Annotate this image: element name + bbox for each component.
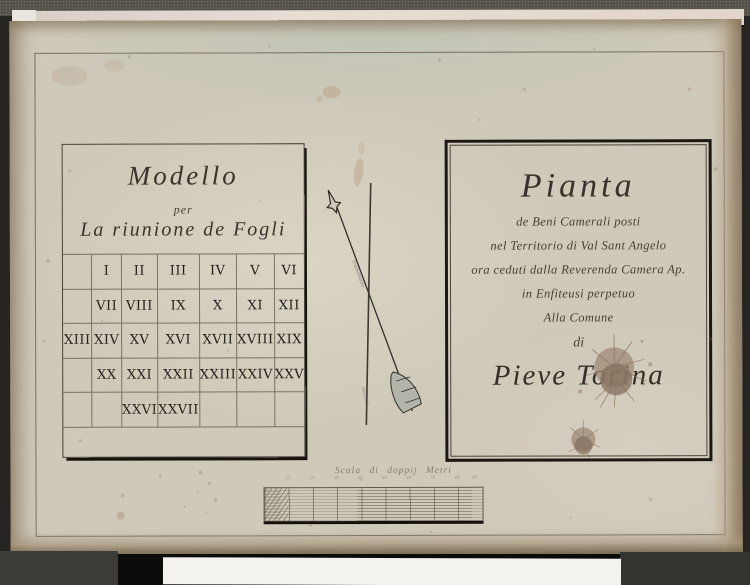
scale-tick-label: 40 bbox=[353, 476, 367, 481]
title-line: in Enfiteusi perpetuo bbox=[522, 286, 635, 301]
grid-cell: II bbox=[122, 255, 158, 290]
scale-diagonal-division bbox=[265, 488, 289, 521]
grid-cell bbox=[63, 289, 93, 324]
scale-tick-label: 30 bbox=[329, 476, 343, 481]
grid-cell bbox=[93, 393, 123, 428]
white-backing-strip bbox=[163, 557, 621, 585]
grid-cell bbox=[63, 393, 93, 428]
scale-tick-label: 90 bbox=[467, 476, 481, 481]
grid-cell: XVII bbox=[200, 324, 238, 359]
worn-edge-right bbox=[711, 19, 742, 557]
grid-cell: IV bbox=[199, 254, 237, 289]
paper-sheet: Modello per La riunione de Fogli I II II… bbox=[9, 19, 742, 559]
scale-title: Scala di doppij Metri bbox=[303, 466, 483, 476]
grid-cell: XVI bbox=[158, 324, 200, 359]
grid-cell: XX bbox=[93, 358, 123, 393]
grid-cell: XXVII bbox=[158, 393, 200, 428]
grid-cell: XXII bbox=[158, 358, 200, 393]
grid-cell bbox=[237, 393, 275, 428]
left-panel-subtitle: per bbox=[63, 202, 304, 218]
grid-cell: XIV bbox=[93, 324, 123, 359]
grid-cell: XVIII bbox=[237, 323, 275, 358]
place-name: Pieve Torina bbox=[493, 359, 665, 392]
grid-cell: IX bbox=[158, 289, 200, 324]
scale-tick-labels: 10 20 30 40 50 60 70 80 90 bbox=[263, 476, 481, 485]
needle-label: Tramontana bbox=[350, 259, 366, 289]
sheet-index-panel: Modello per La riunione de Fogli I II II… bbox=[62, 143, 306, 458]
grid-cell: XI bbox=[237, 289, 275, 324]
grid-cell: XXVI bbox=[122, 393, 158, 428]
grid-cell: X bbox=[200, 289, 238, 324]
grid-cell: III bbox=[158, 254, 200, 289]
scale-tick-label: 50 bbox=[377, 476, 391, 481]
scale-tick-label: 20 bbox=[304, 476, 318, 481]
title-line: nel Territorio di Val Sant Angelo bbox=[490, 238, 666, 253]
title-panel: Pianta de Beni Camerali posti nel Territ… bbox=[450, 144, 708, 457]
meridian-label: Mezzodì bbox=[359, 385, 370, 406]
scale-tick-label: 60 bbox=[401, 476, 415, 481]
left-panel-title: Modello bbox=[63, 160, 304, 192]
grid-cell: I bbox=[92, 255, 122, 290]
grid-cell: VIII bbox=[122, 289, 158, 324]
grid-cell: XIII bbox=[63, 324, 93, 359]
scale-bar bbox=[264, 487, 484, 525]
grid-cell: XXIII bbox=[200, 358, 238, 393]
title-line: di bbox=[573, 335, 584, 351]
title-line: de Beni Camerali posti bbox=[516, 214, 640, 229]
backdrop-corner-right bbox=[620, 552, 750, 585]
grid-cell: XV bbox=[122, 324, 158, 359]
scale-tick-label: 80 bbox=[450, 476, 464, 481]
grid-cell: VII bbox=[92, 289, 122, 324]
grid-cell: XXIV bbox=[237, 358, 275, 393]
grid-cell: V bbox=[237, 254, 275, 289]
left-panel-title-line2: La riunione de Fogli bbox=[63, 218, 304, 242]
arrowhead bbox=[327, 190, 340, 213]
scale-tick-label: 10 bbox=[280, 476, 294, 481]
grid-cell bbox=[200, 393, 238, 428]
title-line: ora ceduti dalla Reverenda Camera Ap. bbox=[471, 262, 685, 278]
grid-cell bbox=[63, 359, 93, 394]
grid-cell bbox=[63, 255, 93, 290]
title-line: Alla Comune bbox=[544, 310, 614, 325]
backdrop-corner-left bbox=[0, 551, 118, 585]
map-title: Pianta bbox=[521, 167, 636, 205]
numbering-grid: I II III IV V VI VII VIII IX X XI XII XI… bbox=[63, 253, 304, 428]
north-arrow-icon: Tramontana Mezzodì bbox=[300, 165, 451, 430]
grid-cell: XXI bbox=[122, 358, 158, 393]
scale-tick-label: 70 bbox=[425, 476, 439, 481]
